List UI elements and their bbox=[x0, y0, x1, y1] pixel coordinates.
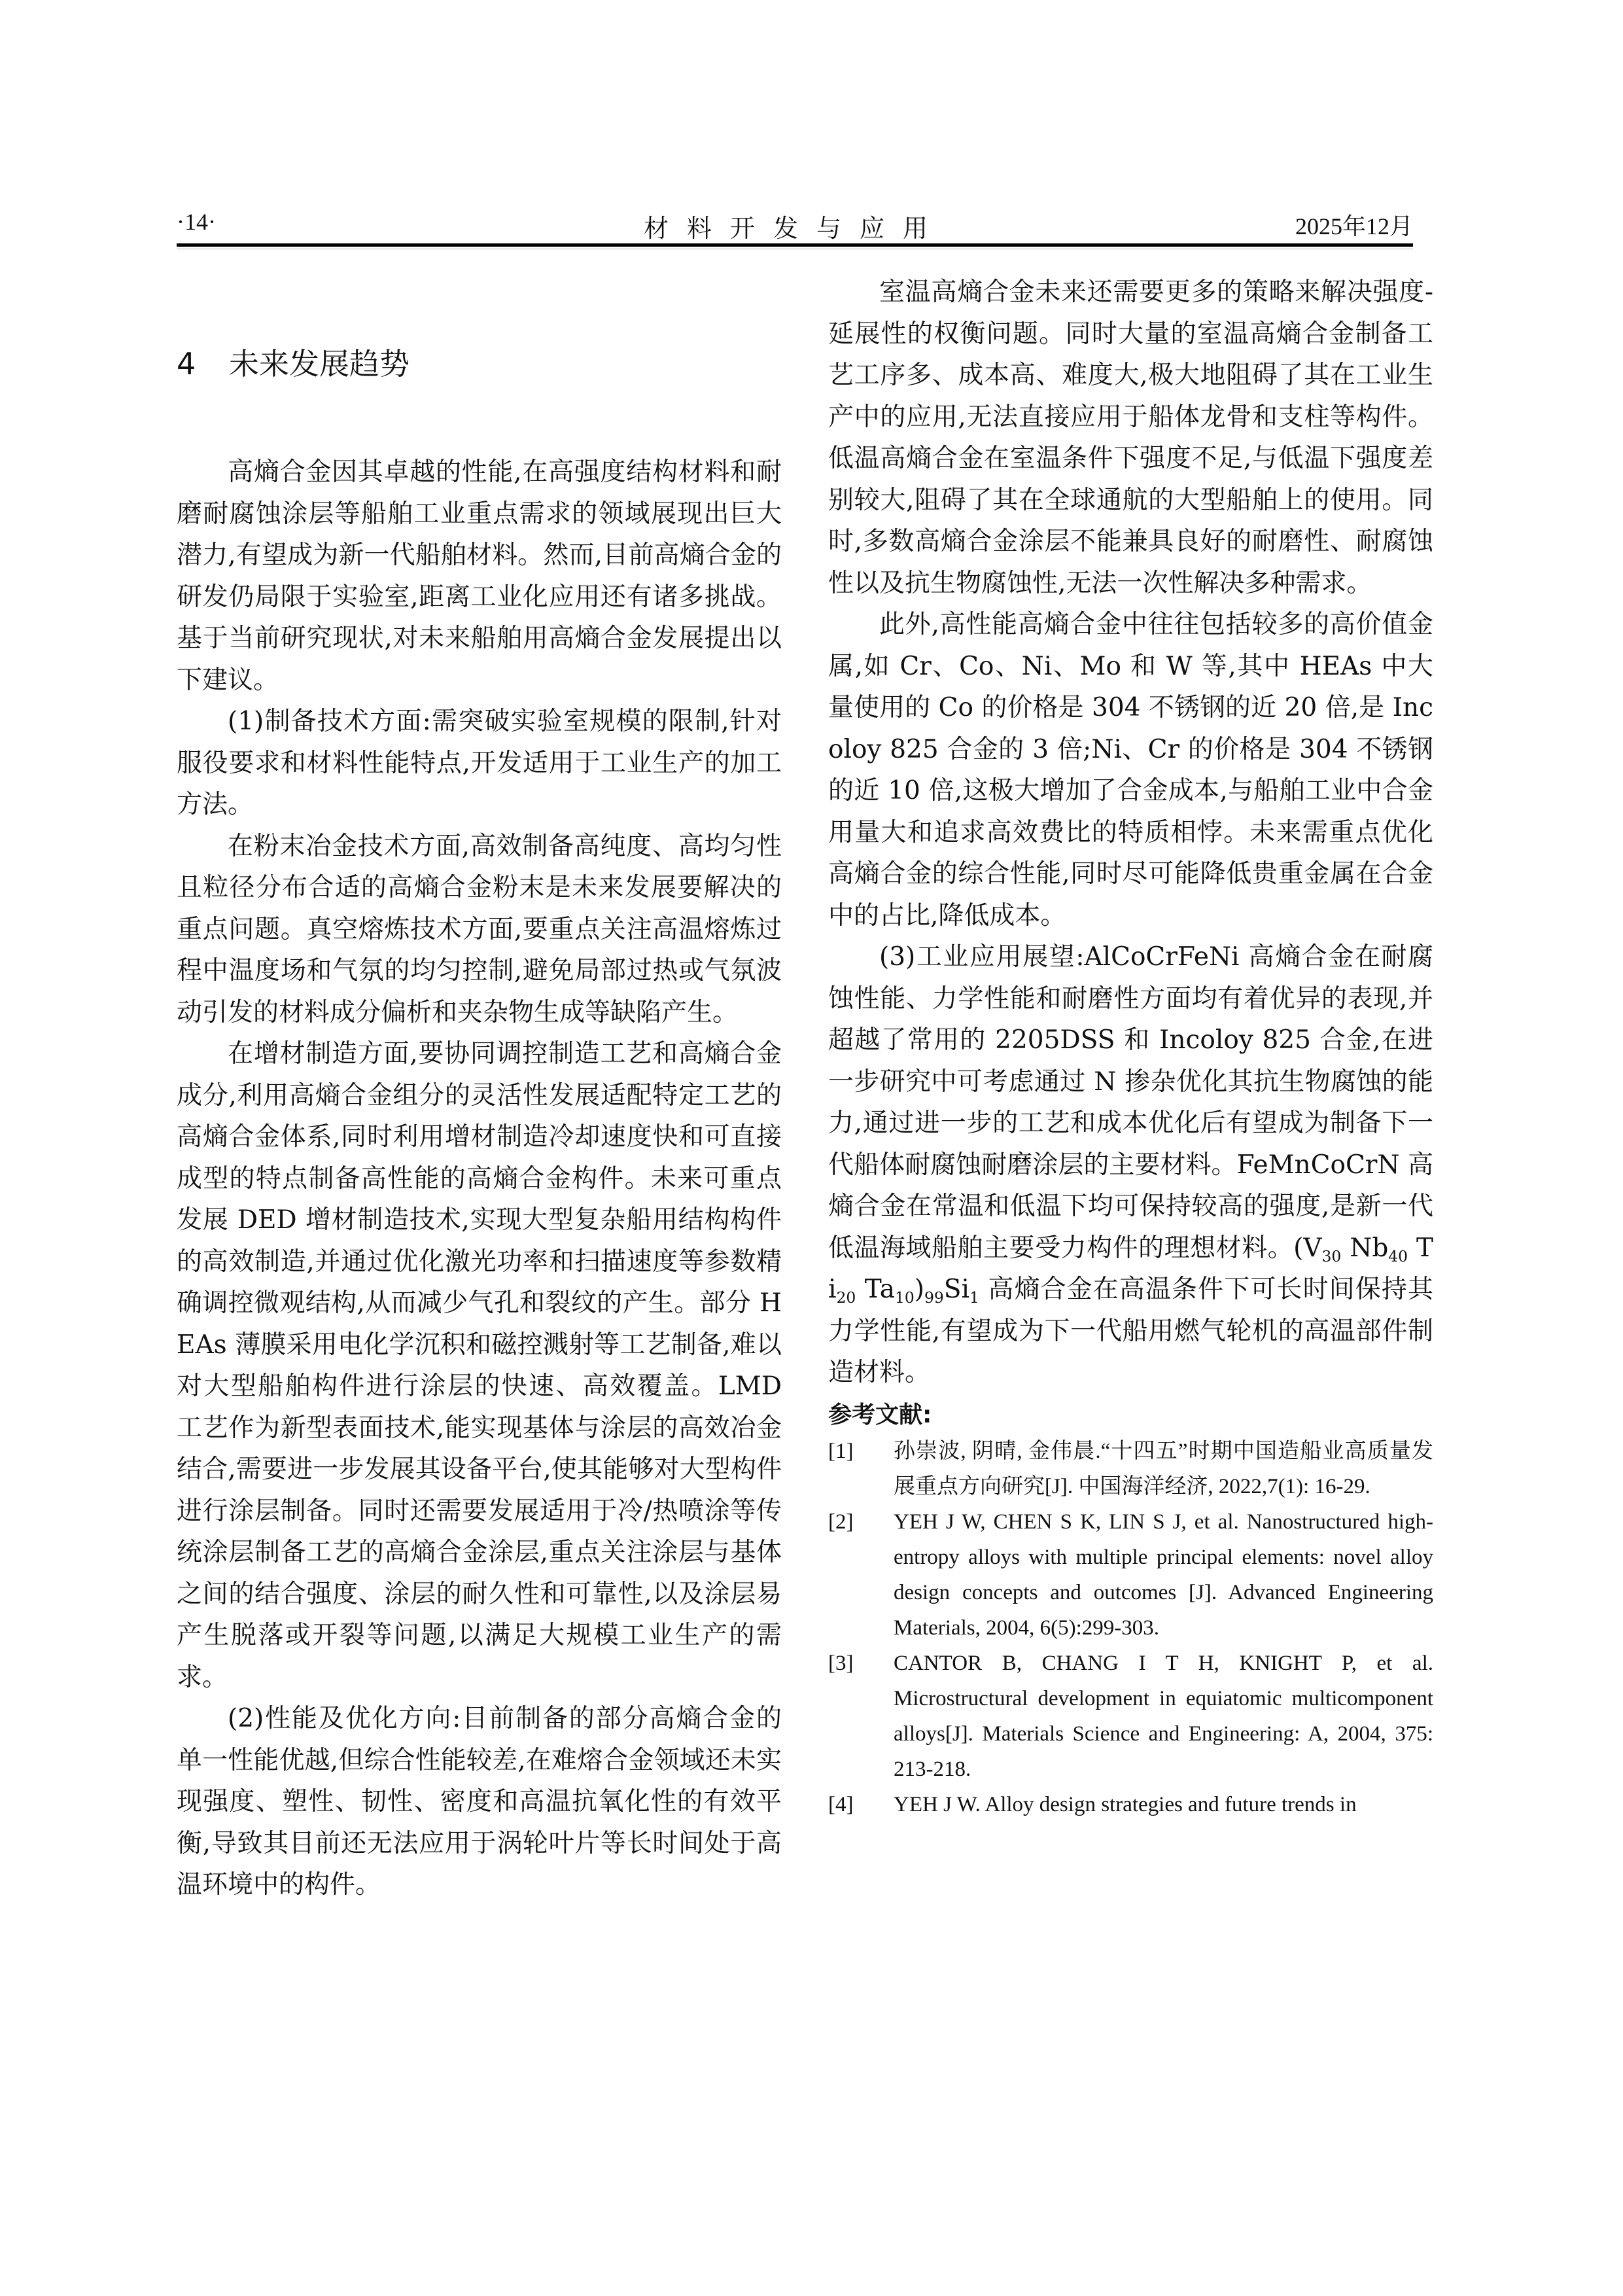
reference-text: YEH J W. Alloy design strategies and fut… bbox=[894, 1787, 1433, 1822]
paragraph: 此外,高性能高熵合金中往往包括较多的高价值金属,如 Cr、Co、Ni、Mo 和 … bbox=[828, 604, 1433, 936]
journal-title: 材料开发与应用 bbox=[177, 208, 1413, 244]
reference-number: [3] bbox=[828, 1646, 894, 1787]
paragraph: 在增材制造方面,要协同调控制造工艺和高熵合金成分,利用高熵合金组分的灵活性发展适… bbox=[177, 1033, 782, 1698]
section-title: 未来发展趋势 bbox=[229, 346, 410, 381]
paragraph: (1)制备技术方面:需突破实验室规模的限制,针对服役要求和材料性能特点,开发适用… bbox=[177, 701, 782, 826]
reference-number: [1] bbox=[828, 1434, 894, 1504]
section-heading: 4未来发展趋势 bbox=[177, 340, 410, 383]
paragraph: (2)性能及优化方向:目前制备的部分高熵合金的单一性能优越,但综合性能较差,在难… bbox=[177, 1698, 782, 1906]
reference-item: [1] 孙崇波, 阴晴, 金伟晨.“十四五”时期中国造船业高质量发展重点方向研究… bbox=[828, 1434, 1433, 1504]
issue-date: 2025年12月 bbox=[1295, 208, 1413, 241]
reference-text: 孙崇波, 阴晴, 金伟晨.“十四五”时期中国造船业高质量发展重点方向研究[J].… bbox=[894, 1434, 1433, 1504]
section-number: 4 bbox=[177, 346, 229, 381]
left-column: 高熵合金因其卓越的性能,在高强度结构材料和耐磨耐腐蚀涂层等船舶工业重点需求的领域… bbox=[177, 451, 782, 1906]
paragraph: 高熵合金因其卓越的性能,在高强度结构材料和耐磨耐腐蚀涂层等船舶工业重点需求的领域… bbox=[177, 451, 782, 701]
reference-item: [2] YEH J W, CHEN S K, LIN S J, et al. N… bbox=[828, 1504, 1433, 1646]
running-header: ·14· 材料开发与应用 2025年12月 bbox=[177, 208, 1413, 241]
header-rule-thin bbox=[177, 249, 1413, 249]
reference-item: [3] CANTOR B, CHANG I T H, KNIGHT P, et … bbox=[828, 1646, 1433, 1787]
reference-text: YEH J W, CHEN S K, LIN S J, et al. Nanos… bbox=[894, 1504, 1433, 1646]
paragraph: 在粉末冶金技术方面,高效制备高纯度、高均匀性且粒径分布合适的高熵合金粉末是未来发… bbox=[177, 826, 782, 1034]
reference-item: [4] YEH J W. Alloy design strategies and… bbox=[828, 1787, 1433, 1822]
paragraph: 室温高熵合金未来还需要更多的策略来解决强度-延展性的权衡问题。同时大量的室温高熵… bbox=[828, 272, 1433, 604]
reference-text: CANTOR B, CHANG I T H, KNIGHT P, et al. … bbox=[894, 1646, 1433, 1787]
reference-number: [4] bbox=[828, 1787, 894, 1822]
industrial-outlook-paragraph: (3)工业应用展望:AlCoCrFeNi 高熵合金在耐腐蚀性能、力学性能和耐磨性… bbox=[828, 936, 1433, 1394]
references-heading: 参考文献: bbox=[828, 1396, 1433, 1430]
reference-number: [2] bbox=[828, 1504, 894, 1646]
header-rule-thick bbox=[177, 243, 1413, 247]
right-column: 室温高熵合金未来还需要更多的策略来解决强度-延展性的权衡问题。同时大量的室温高熵… bbox=[828, 272, 1433, 1822]
